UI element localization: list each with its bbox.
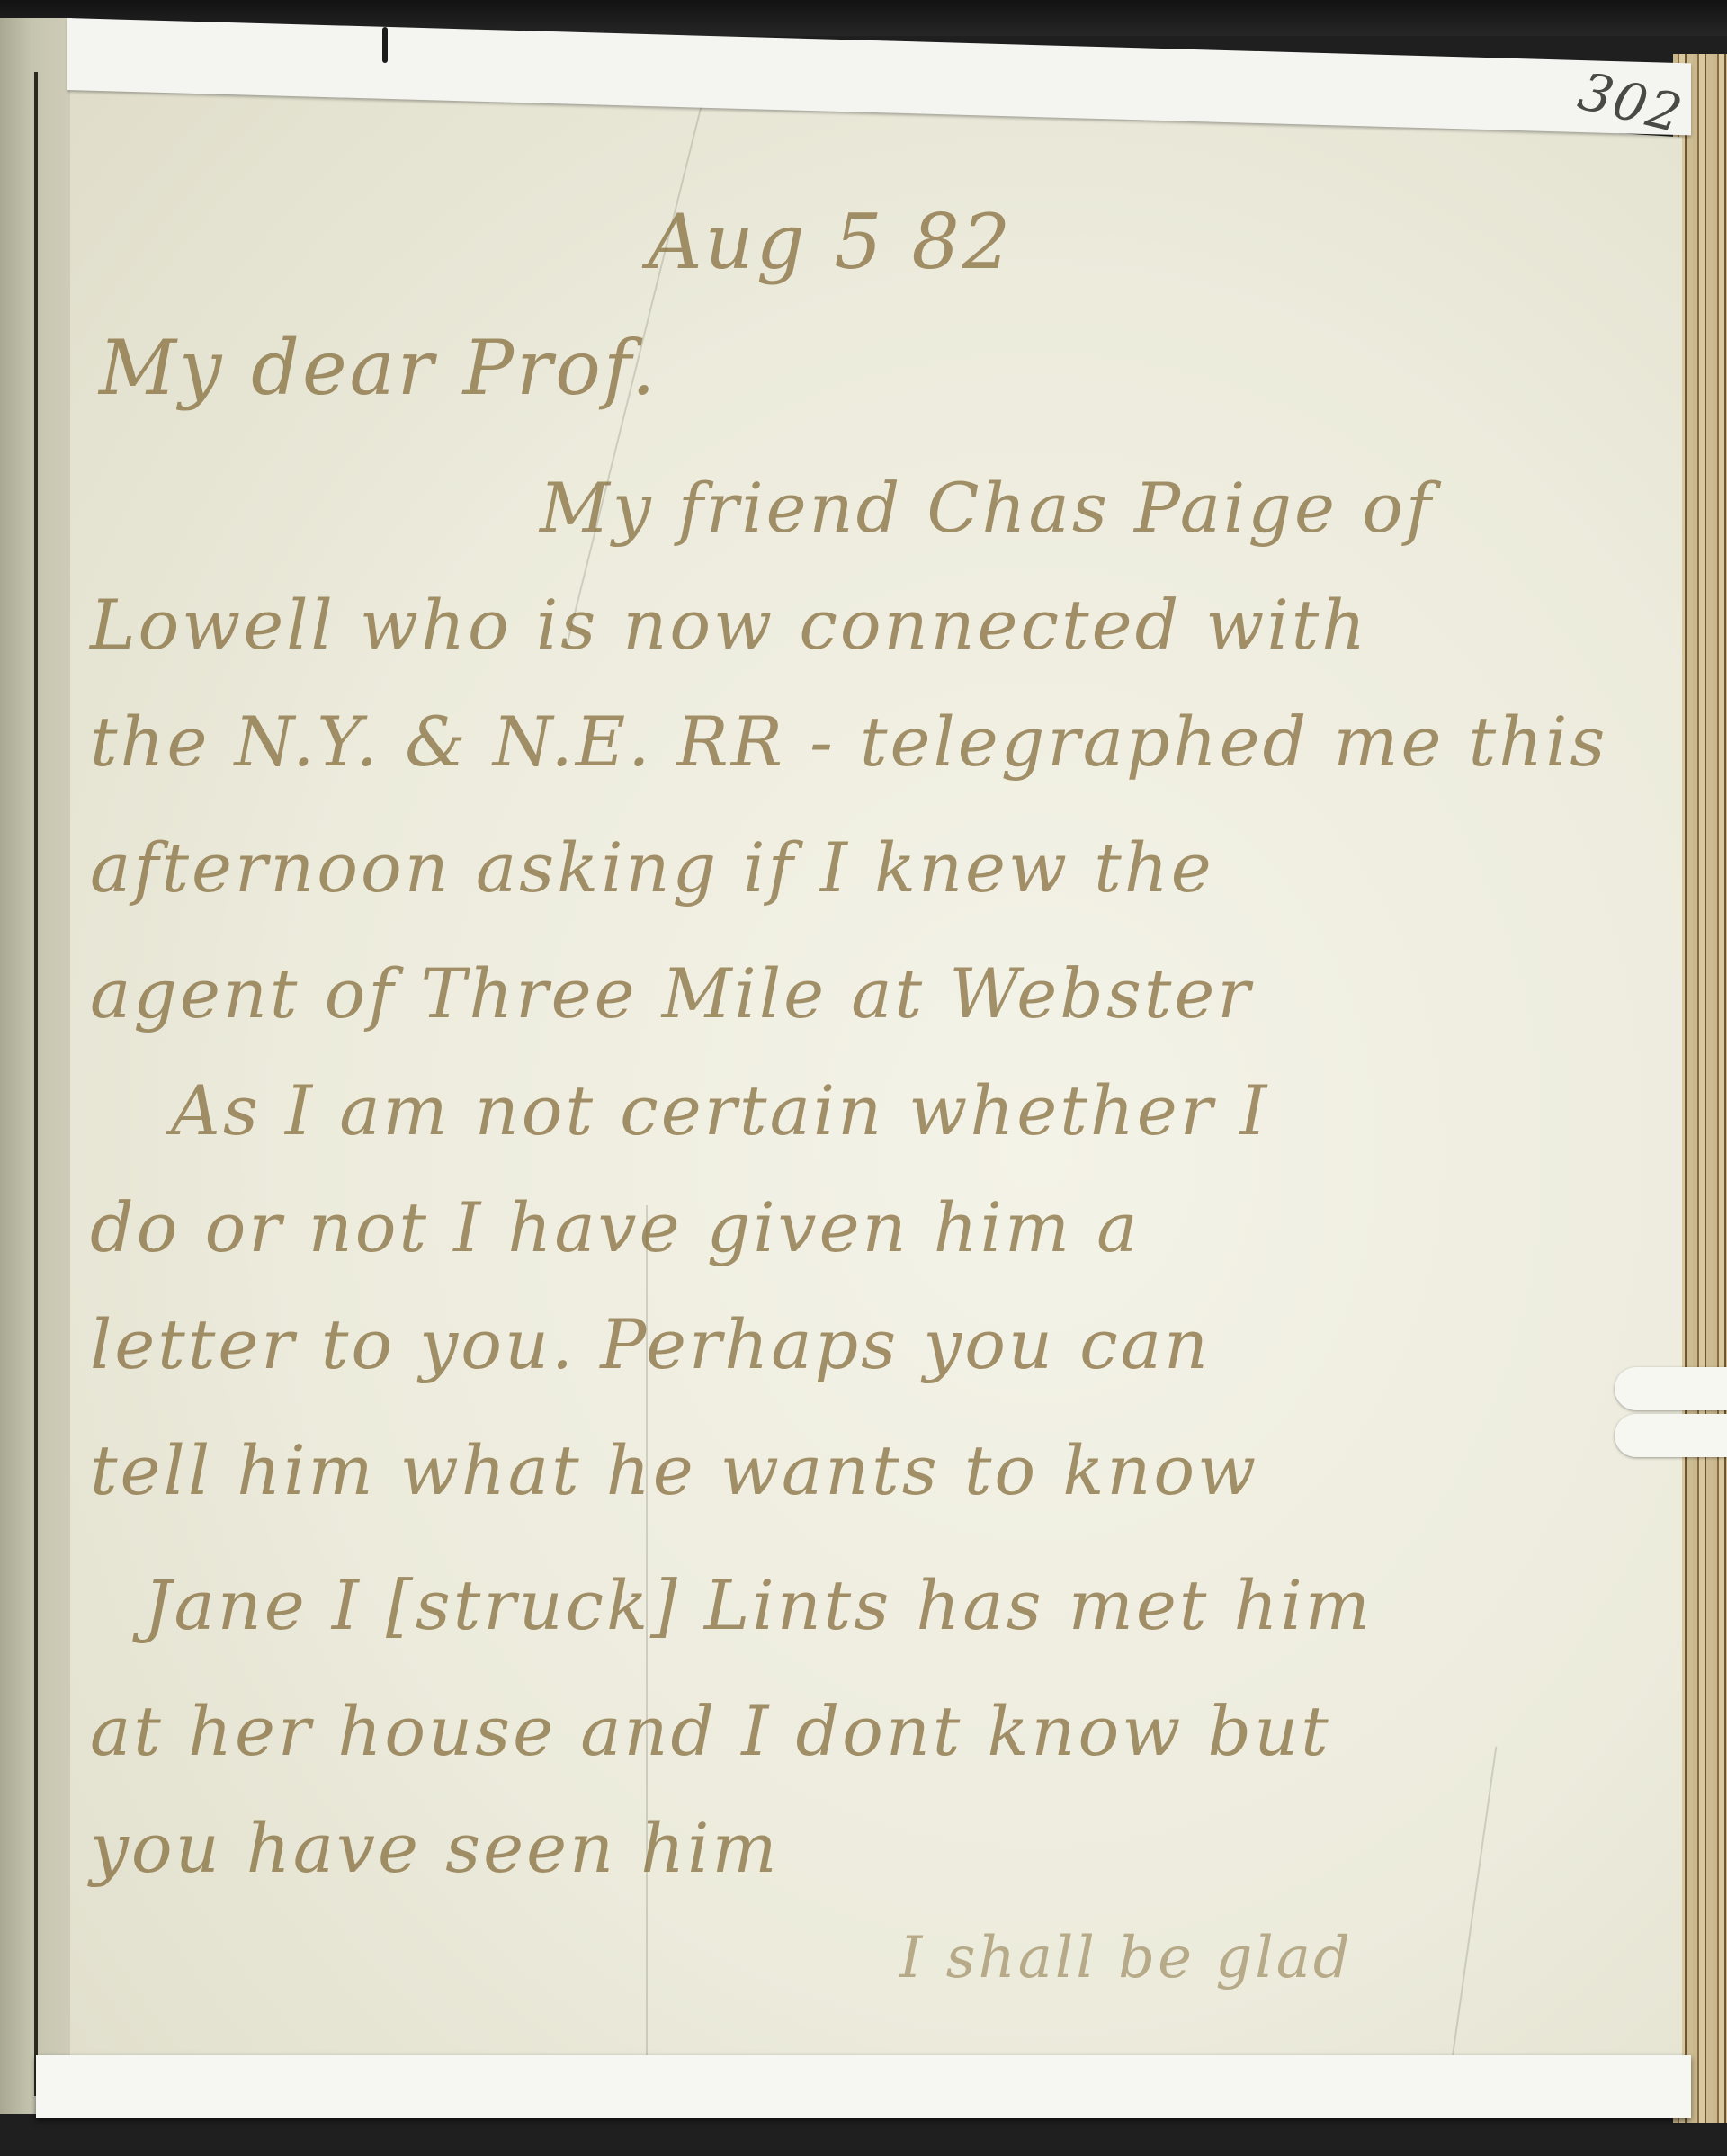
letter-line: Lowell who is now connected with — [90, 585, 1368, 665]
letter-line: As I am not certain whether I — [171, 1070, 1269, 1150]
letter-line: Jane I [struck] Lints has met him — [144, 1565, 1373, 1645]
letter-line: at her house and I dont know but — [90, 1691, 1331, 1771]
letter-line: I shall be glad — [899, 1925, 1353, 1991]
letter-line: agent of Three Mile at Webster — [90, 953, 1253, 1033]
letter-line: letter to you. Perhaps you can — [90, 1304, 1211, 1384]
binding-tie — [1615, 1414, 1727, 1457]
book-binding — [0, 18, 72, 2114]
paper-crease — [1452, 1747, 1498, 2059]
letter-line: the N.Y. & N.E. RR - telegraphed me this — [90, 702, 1607, 782]
binding-tie — [1615, 1367, 1727, 1410]
letter-line: afternoon asking if I knew the — [90, 828, 1214, 908]
pin-mark — [382, 27, 388, 63]
letter-line: do or not I have given him a — [90, 1187, 1140, 1267]
letter-date: Aug 5 82 — [648, 198, 1013, 286]
letter-line: you have seen him — [90, 1808, 780, 1888]
tissue-guard-bottom — [36, 2055, 1691, 2118]
letter-salutation: My dear Prof. — [99, 324, 658, 412]
letter-line: tell him what he wants to know — [90, 1430, 1258, 1510]
letter-line: My friend Chas Paige of — [540, 468, 1434, 548]
gutter-line — [34, 72, 38, 2096]
